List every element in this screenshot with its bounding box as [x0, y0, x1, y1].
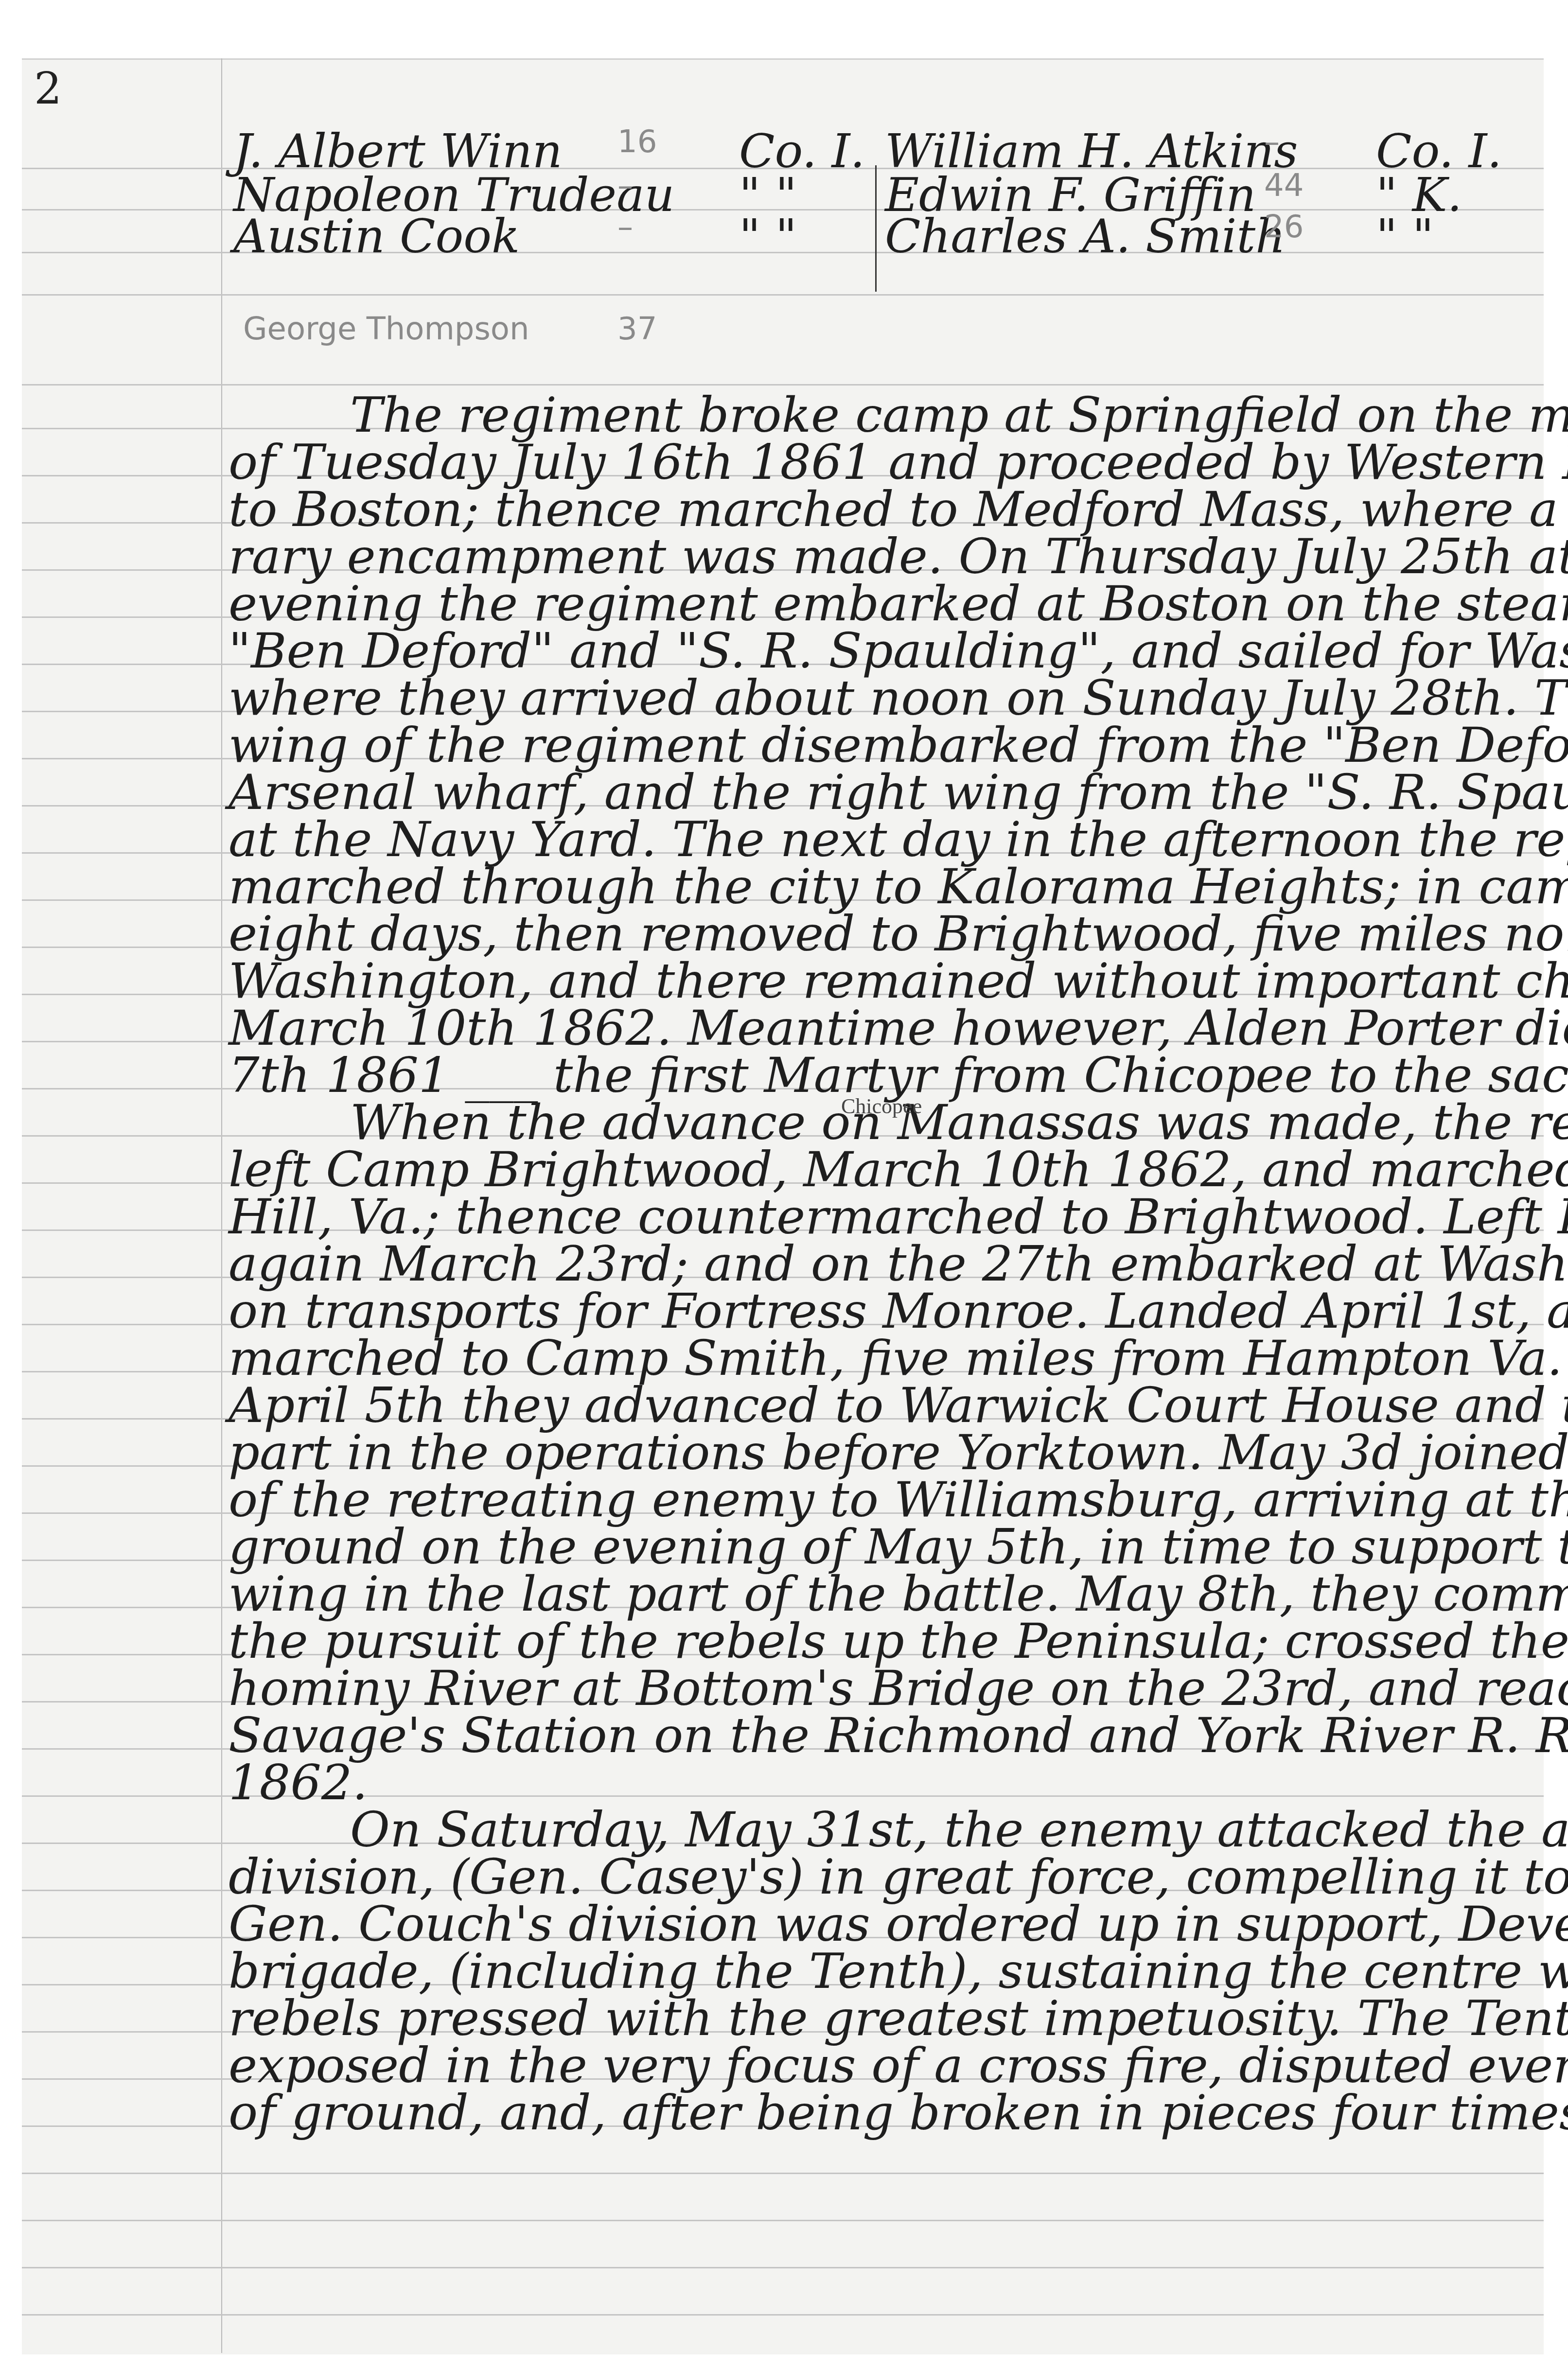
roster-company: " ": [1376, 209, 1434, 263]
page-number: 2: [34, 63, 62, 114]
ruled-line: [22, 2220, 1544, 2221]
ruled-line: [22, 2267, 1544, 2268]
ruled-line: [22, 2173, 1544, 2174]
roster-age: –: [1264, 124, 1280, 160]
roster-age: –: [617, 209, 633, 245]
roster-name: Austin Cook: [233, 209, 520, 263]
roster-name: Charles A. Smith: [885, 209, 1286, 263]
ruled-line: [22, 294, 1544, 296]
pencil-name: George Thompson: [243, 311, 529, 347]
roster-age: 16: [617, 124, 657, 160]
roster-company: " ": [739, 209, 797, 263]
narrative-line: of ground, and, after being broken in pi…: [229, 2084, 1532, 2141]
ruled-line: [22, 2314, 1544, 2316]
interlinear-note: Chicopee: [841, 1094, 922, 1119]
roster-column-divider: [875, 165, 877, 292]
roster-age: 26: [1264, 209, 1304, 245]
ruled-line: [22, 384, 1544, 386]
roster-age: –: [617, 168, 633, 204]
roster-age: 44: [1264, 168, 1304, 204]
margin-line: [221, 58, 222, 2353]
pencil-age: 37: [617, 311, 657, 347]
